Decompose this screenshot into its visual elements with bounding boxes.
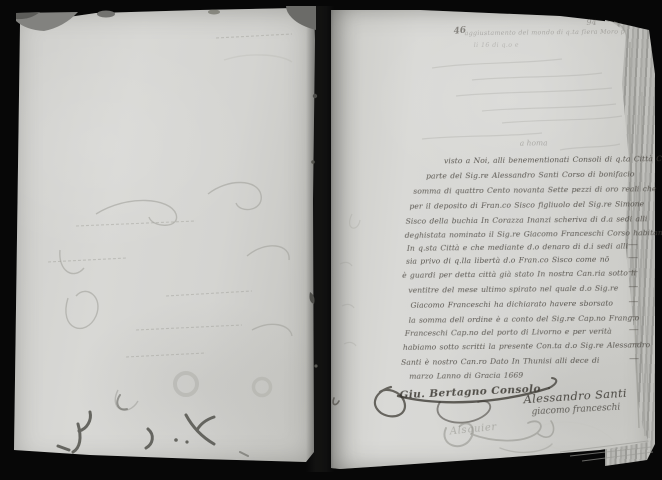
folio-number: 94 bbox=[586, 18, 596, 27]
manuscript-line: marzo Lanno di Gracia 1669 bbox=[409, 369, 639, 380]
manuscript-line: Franceschi Cap.no del porto di Livorno e… bbox=[405, 326, 639, 337]
line-text: è guardi per detta città già stato In no… bbox=[402, 268, 636, 279]
line-text: sia privo di q.lla libertà d.o Fran.co S… bbox=[406, 255, 609, 266]
line-text: somma di quattro Cento novanta Sette pez… bbox=[413, 184, 656, 196]
line-text: ventitre del mese ultimo spirato nel qua… bbox=[408, 284, 618, 295]
line-filler-dash: — bbox=[628, 296, 638, 307]
faint-header-line: li 16 di q.o e bbox=[474, 42, 519, 49]
line-text: parte del Sig.re Alessandro Santi Corso … bbox=[426, 169, 634, 180]
line-text: visto a Noi, alli benementionati Consoli… bbox=[444, 154, 662, 165]
manuscript-line: visto a Noi, alli benementionati Consoli… bbox=[444, 154, 637, 165]
manuscript-line: deghistata nominato il Sig.re Giacomo Fr… bbox=[405, 228, 638, 239]
line-filler-dash: — bbox=[629, 324, 639, 335]
scanned-manuscript-spread: 94 46 aggiustamento del mondo di q.ta fi… bbox=[0, 0, 662, 480]
line-filler-dash: — bbox=[628, 252, 638, 263]
manuscript-line: somma di quattro Cento novanta Sette pez… bbox=[413, 184, 637, 195]
manuscript-line: è guardi per detta città già stato In no… bbox=[402, 268, 638, 279]
signature-flourish-note: Alsquier bbox=[449, 422, 497, 438]
manuscript-line: habiamo sotto scritti la presente Con.ta… bbox=[403, 340, 639, 351]
line-text: habiamo sotto scritti la presente Con.ta… bbox=[403, 340, 650, 352]
line-text: Santi è nostro Can.ro Dato In Thunisi al… bbox=[401, 356, 599, 367]
manuscript-line: In q.sta Città e che mediante d.o denaro… bbox=[407, 241, 638, 252]
line-text: Sisco della buchia In Corazza Inanzi sch… bbox=[406, 214, 648, 226]
faint-header-line: aggiustamento del mondo di q.ta fiera Mo… bbox=[465, 28, 625, 37]
line-text: In q.sta Città e che mediante d.o denaro… bbox=[407, 241, 628, 252]
line-filler-dash: — bbox=[629, 353, 639, 364]
line-text: Giacomo Franceschi ha dichiarato havere … bbox=[410, 299, 613, 310]
faint-center-note: a homa bbox=[520, 138, 548, 147]
manuscript-line: ventitre del mese ultimo spirato nel qua… bbox=[408, 283, 638, 294]
manuscript-line: parte del Sig.re Alessandro Santi Corso … bbox=[426, 169, 637, 180]
line-text: la somma dell ordine è a conto del Sig.r… bbox=[409, 313, 640, 324]
right-page-text-layer: 94 46 aggiustamento del mondo di q.ta fi… bbox=[0, 0, 662, 480]
manuscript-line: Santi è nostro Can.ro Dato In Thunisi al… bbox=[401, 355, 639, 366]
signature-consul: Giu. Bertagno Consolo bbox=[399, 383, 541, 401]
line-text: per il deposito di Fran.co Sisco figliuo… bbox=[409, 199, 644, 210]
manuscript-line: la somma dell ordine è a conto del Sig.r… bbox=[409, 313, 639, 324]
line-text: Franceschi Cap.no del porto di Livorno e… bbox=[405, 327, 612, 338]
manuscript-line: per il deposito di Fran.co Sisco figliuo… bbox=[409, 199, 637, 210]
manuscript-line: Sisco della buchia In Corazza Inanzi sch… bbox=[406, 214, 638, 225]
line-text: marzo Lanno di Gracia 1669 bbox=[409, 371, 523, 381]
line-text: deghistata nominato il Sig.re Giacomo Fr… bbox=[405, 228, 662, 240]
line-filler-dash: — bbox=[628, 281, 638, 292]
manuscript-line: sia privo di q.lla libertà d.o Fran.co S… bbox=[406, 254, 638, 265]
line-filler-dash: — bbox=[628, 266, 638, 277]
line-filler-dash: — bbox=[628, 239, 638, 250]
line-filler-dash: — bbox=[628, 311, 638, 322]
line-filler-dash: — bbox=[629, 338, 639, 349]
manuscript-line: Giacomo Franceschi ha dichiarato havere … bbox=[410, 298, 638, 309]
